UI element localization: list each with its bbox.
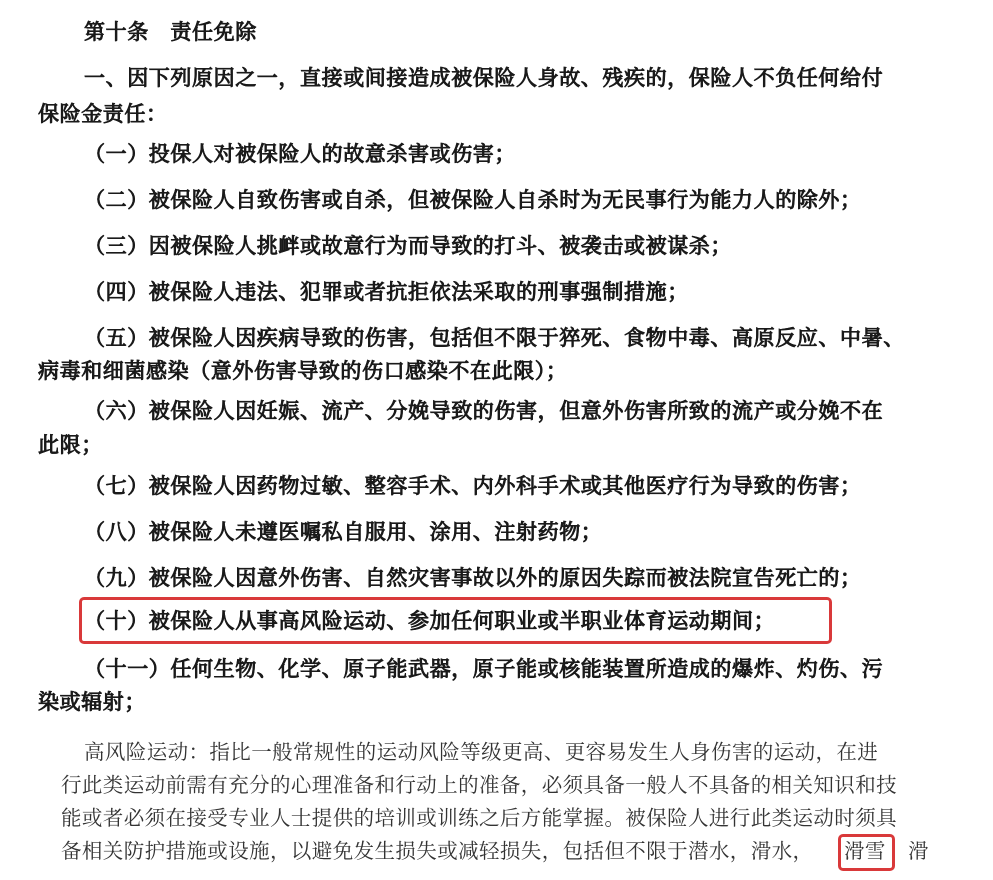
clause-item-8: （八）被保险人未遵医嘱私自服用、涂用、注射药物； [84, 519, 602, 545]
definition-line-4-tail: 滑 [908, 838, 929, 864]
clause-item-3: （三）因被保险人挑衅或故意行为而导致的打斗、被袭击或被谋杀； [84, 233, 732, 259]
clause-item-11-line-1: （十一）任何生物、化学、原子能武器，原子能或核能装置所造成的爆炸、灼伤、污 [84, 656, 883, 682]
clause-item-11-line-2: 染或辐射； [38, 689, 146, 715]
definition-line-1: 高风险运动：指比一般常规性的运动风险等级更高、更容易发生人身伤害的运动，在进 [84, 739, 878, 765]
intro-line-2: 保险金责任： [38, 101, 168, 127]
highlighted-term-skiing: 滑雪 [844, 838, 886, 864]
document-page: 第十条 责任免除 一、因下列原因之一，直接或间接造成被保险人身故、残疾的，保险人… [0, 0, 993, 880]
definition-line-2: 行此类运动前需有充分的心理准备和行动上的准备，必须具备一般人不具备的相关知识和技 [61, 772, 897, 798]
article-title: 第十条 责任免除 [84, 19, 257, 45]
definition-line-4: 备相关防护措施或设施，以避免发生损失或减轻损失，包括但不限于潜水，滑水， [61, 838, 813, 864]
clause-item-6-line-2: 此限； [38, 432, 103, 458]
clause-item-5-line-1: （五）被保险人因疾病导致的伤害，包括但不限于猝死、食物中毒、高原反应、中暑、 [84, 325, 905, 351]
clause-item-9: （九）被保险人因意外伤害、自然灾害事故以外的原因失踪而被法院宣告死亡的； [84, 565, 862, 591]
intro-line-1: 一、因下列原因之一，直接或间接造成被保险人身故、残疾的，保险人不负任何给付 [84, 65, 883, 91]
clause-item-6-line-1: （六）被保险人因妊娠、流产、分娩导致的伤害，但意外伤害所致的流产或分娩不在 [84, 398, 883, 424]
clause-item-10: （十）被保险人从事高风险运动、参加任何职业或半职业体育运动期间； [84, 608, 775, 634]
clause-item-5-line-2: 病毒和细菌感染（意外伤害导致的伤口感染不在此限）； [38, 358, 568, 384]
clause-item-1: （一）投保人对被保险人的故意杀害或伤害； [84, 141, 516, 167]
definition-line-3: 能或者必须在接受专业人士提供的培训或训练之后方能掌握。被保险人进行此类运动时须具 [61, 805, 897, 831]
clause-item-4: （四）被保险人违法、犯罪或者抗拒依法采取的刑事强制措施； [84, 279, 689, 305]
clause-item-7: （七）被保险人因药物过敏、整容手术、内外科手术或其他医疗行为导致的伤害； [84, 473, 862, 499]
clause-item-2: （二）被保险人自致伤害或自杀，但被保险人自杀时为无民事行为能力人的除外； [84, 187, 862, 213]
